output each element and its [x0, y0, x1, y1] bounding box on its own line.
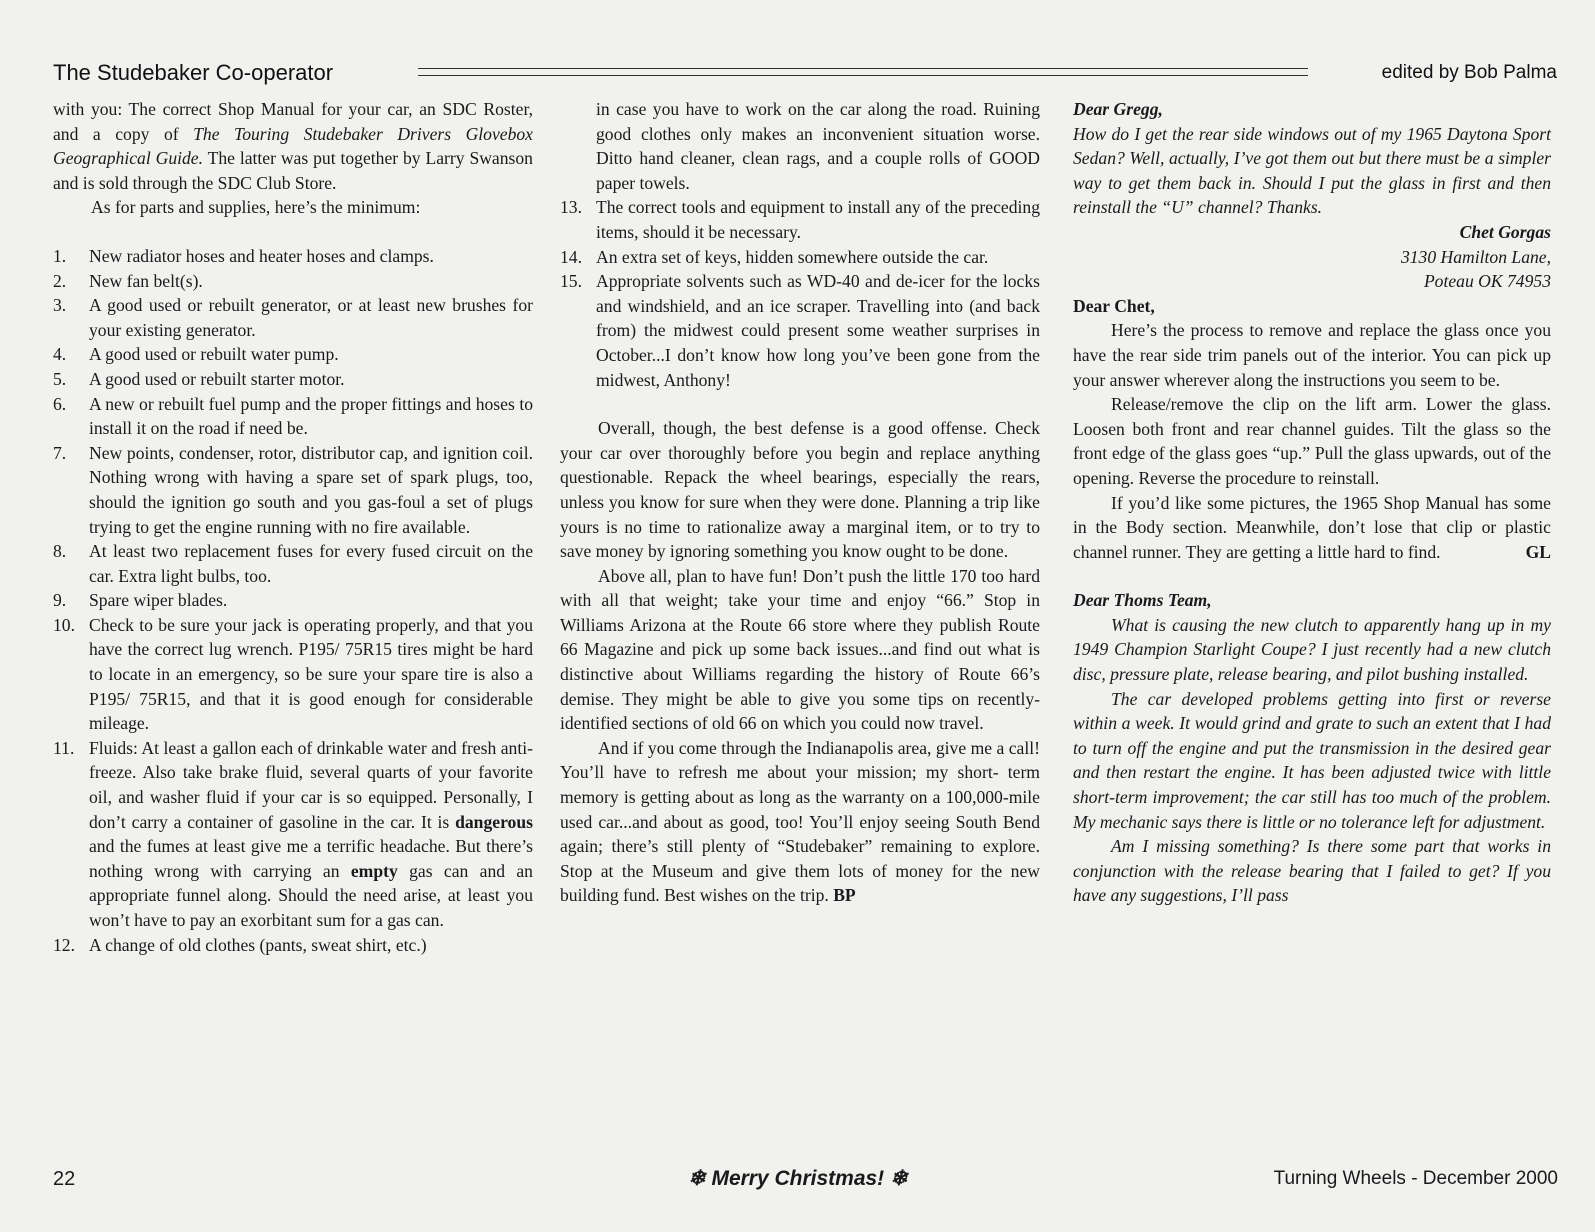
item-number: 5.: [53, 367, 87, 392]
item-text: New fan belt(s).: [89, 271, 203, 291]
list-item: 7.New points, condenser, rotor, distribu…: [53, 441, 533, 539]
section-title: The Studebaker Co-operator: [53, 60, 333, 86]
paragraph: Overall, though, the best defense is a g…: [560, 416, 1040, 564]
list-item: 14.An extra set of keys, hidden somewher…: [560, 245, 1040, 270]
paragraph-text: If you’d like some pictures, the 1965 Sh…: [1073, 493, 1551, 562]
list-item: 15.Appropriate solvents such as WD-40 an…: [560, 269, 1040, 392]
column-3: Dear Gregg, How do I get the rear side w…: [1073, 97, 1551, 908]
item-text: Spare wiper blades.: [89, 590, 227, 610]
publication-issue: Turning Wheels - December 2000: [1274, 1168, 1558, 1190]
list-item: 12.A change of old clothes (pants, sweat…: [53, 933, 533, 958]
list-item: 3.A good used or rebuilt generator, or a…: [53, 293, 533, 342]
item-text: New points, condenser, rotor, distributo…: [89, 443, 533, 537]
emphasis-empty: empty: [351, 861, 398, 881]
emphasis-dangerous: dangerous: [455, 812, 533, 832]
parts-intro: As for parts and supplies, here’s the mi…: [53, 195, 533, 220]
letter-salutation: Dear Thoms Team,: [1073, 588, 1551, 613]
reply-paragraph: Release/remove the clip on the lift arm.…: [1073, 392, 1551, 490]
item-number: 13.: [560, 195, 594, 220]
column-1: with you: The correct Shop Manual for yo…: [53, 97, 533, 957]
item-number: 4.: [53, 342, 87, 367]
letter-body: How do I get the rear side windows out o…: [1073, 122, 1551, 220]
page-number: 22: [53, 1168, 75, 1191]
item-number: 8.: [53, 539, 87, 564]
section-editor-credit: edited by Bob Palma: [1382, 62, 1557, 84]
reply-paragraph: Here’s the process to remove and replace…: [1073, 318, 1551, 392]
item-number: 1.: [53, 244, 87, 269]
item-number: 7.: [53, 441, 87, 466]
list-item: 9.Spare wiper blades.: [53, 588, 533, 613]
list-item-continued: in case you have to work on the car alon…: [560, 97, 1040, 195]
letter-signer: Chet Gorgas: [1073, 220, 1551, 245]
list-item: 4.A good used or rebuilt water pump.: [53, 342, 533, 367]
reply-salutation: Dear Chet,: [1073, 294, 1551, 319]
item-text: A good used or rebuilt generator, or at …: [89, 295, 533, 340]
item-number: 15.: [560, 269, 594, 294]
item-text: A change of old clothes (pants, sweat sh…: [89, 935, 427, 955]
item-number: 9.: [53, 588, 87, 613]
item-number: 14.: [560, 245, 594, 270]
list-item: 10.Check to be sure your jack is operati…: [53, 613, 533, 736]
snowflake-icon: ❄: [688, 1167, 706, 1190]
list-item: 13.The correct tools and equipment to in…: [560, 195, 1040, 244]
letter-paragraph: What is causing the new clutch to appare…: [1073, 613, 1551, 687]
list-item: 11.Fluids: At least a gallon each of dri…: [53, 736, 533, 933]
parts-list: 1.New radiator hoses and heater hoses an…: [53, 244, 533, 957]
list-item: 2.New fan belt(s).: [53, 269, 533, 294]
paragraph: Above all, plan to have fun! Don’t push …: [560, 564, 1040, 736]
reply-paragraph: If you’d like some pictures, the 1965 Sh…: [1073, 491, 1551, 565]
item-number: 10.: [53, 613, 87, 638]
column-2: in case you have to work on the car alon…: [560, 97, 1040, 908]
item-number: 12.: [53, 933, 87, 958]
item-text: The correct tools and equipment to insta…: [596, 197, 1040, 242]
item-number: 11.: [53, 736, 87, 761]
author-signoff: BP: [833, 885, 855, 905]
letter-address: 3130 Hamilton Lane,: [1073, 245, 1551, 270]
holiday-banner: ❄ Merry Christmas! ❄: [688, 1166, 908, 1191]
letter-paragraph: Am I missing something? Is there some pa…: [1073, 834, 1551, 908]
item-text: A good used or rebuilt water pump.: [89, 344, 339, 364]
item-text: An extra set of keys, hidden somewhere o…: [596, 247, 988, 267]
list-item: 8.At least two replacement fuses for eve…: [53, 539, 533, 588]
item-number: 3.: [53, 293, 87, 318]
paragraph: And if you come through the Indianapolis…: [560, 736, 1040, 908]
holiday-text: Merry Christmas!: [711, 1167, 884, 1190]
list-item: 5.A good used or rebuilt starter motor.: [53, 367, 533, 392]
list-item: 6.A new or rebuilt fuel pump and the pro…: [53, 392, 533, 441]
item-number: 6.: [53, 392, 87, 417]
item-text: At least two replacement fuses for every…: [89, 541, 533, 586]
item-text: A good used or rebuilt starter motor.: [89, 369, 345, 389]
intro-paragraph: with you: The correct Shop Manual for yo…: [53, 97, 533, 195]
author-signoff: GL: [1488, 540, 1551, 565]
snowflake-icon: ❄: [890, 1167, 908, 1190]
list-item: 1.New radiator hoses and heater hoses an…: [53, 244, 533, 269]
parts-list-continued: in case you have to work on the car alon…: [560, 97, 1040, 392]
letter-address: Poteau OK 74953: [1073, 269, 1551, 294]
item-text: New radiator hoses and heater hoses and …: [89, 246, 434, 266]
item-text: Check to be sure your jack is operating …: [89, 615, 533, 733]
paragraph-text: And if you come through the Indianapolis…: [560, 738, 1040, 906]
item-number: 2.: [53, 269, 87, 294]
item-text: in case you have to work on the car alon…: [596, 99, 1040, 193]
header-rule-divider: [418, 68, 1308, 76]
item-text: Appropriate solvents such as WD-40 and d…: [596, 271, 1040, 389]
item-text: A new or rebuilt fuel pump and the prope…: [89, 394, 533, 439]
letter-salutation: Dear Gregg,: [1073, 97, 1551, 122]
letter-paragraph: The car developed problems getting into …: [1073, 687, 1551, 835]
